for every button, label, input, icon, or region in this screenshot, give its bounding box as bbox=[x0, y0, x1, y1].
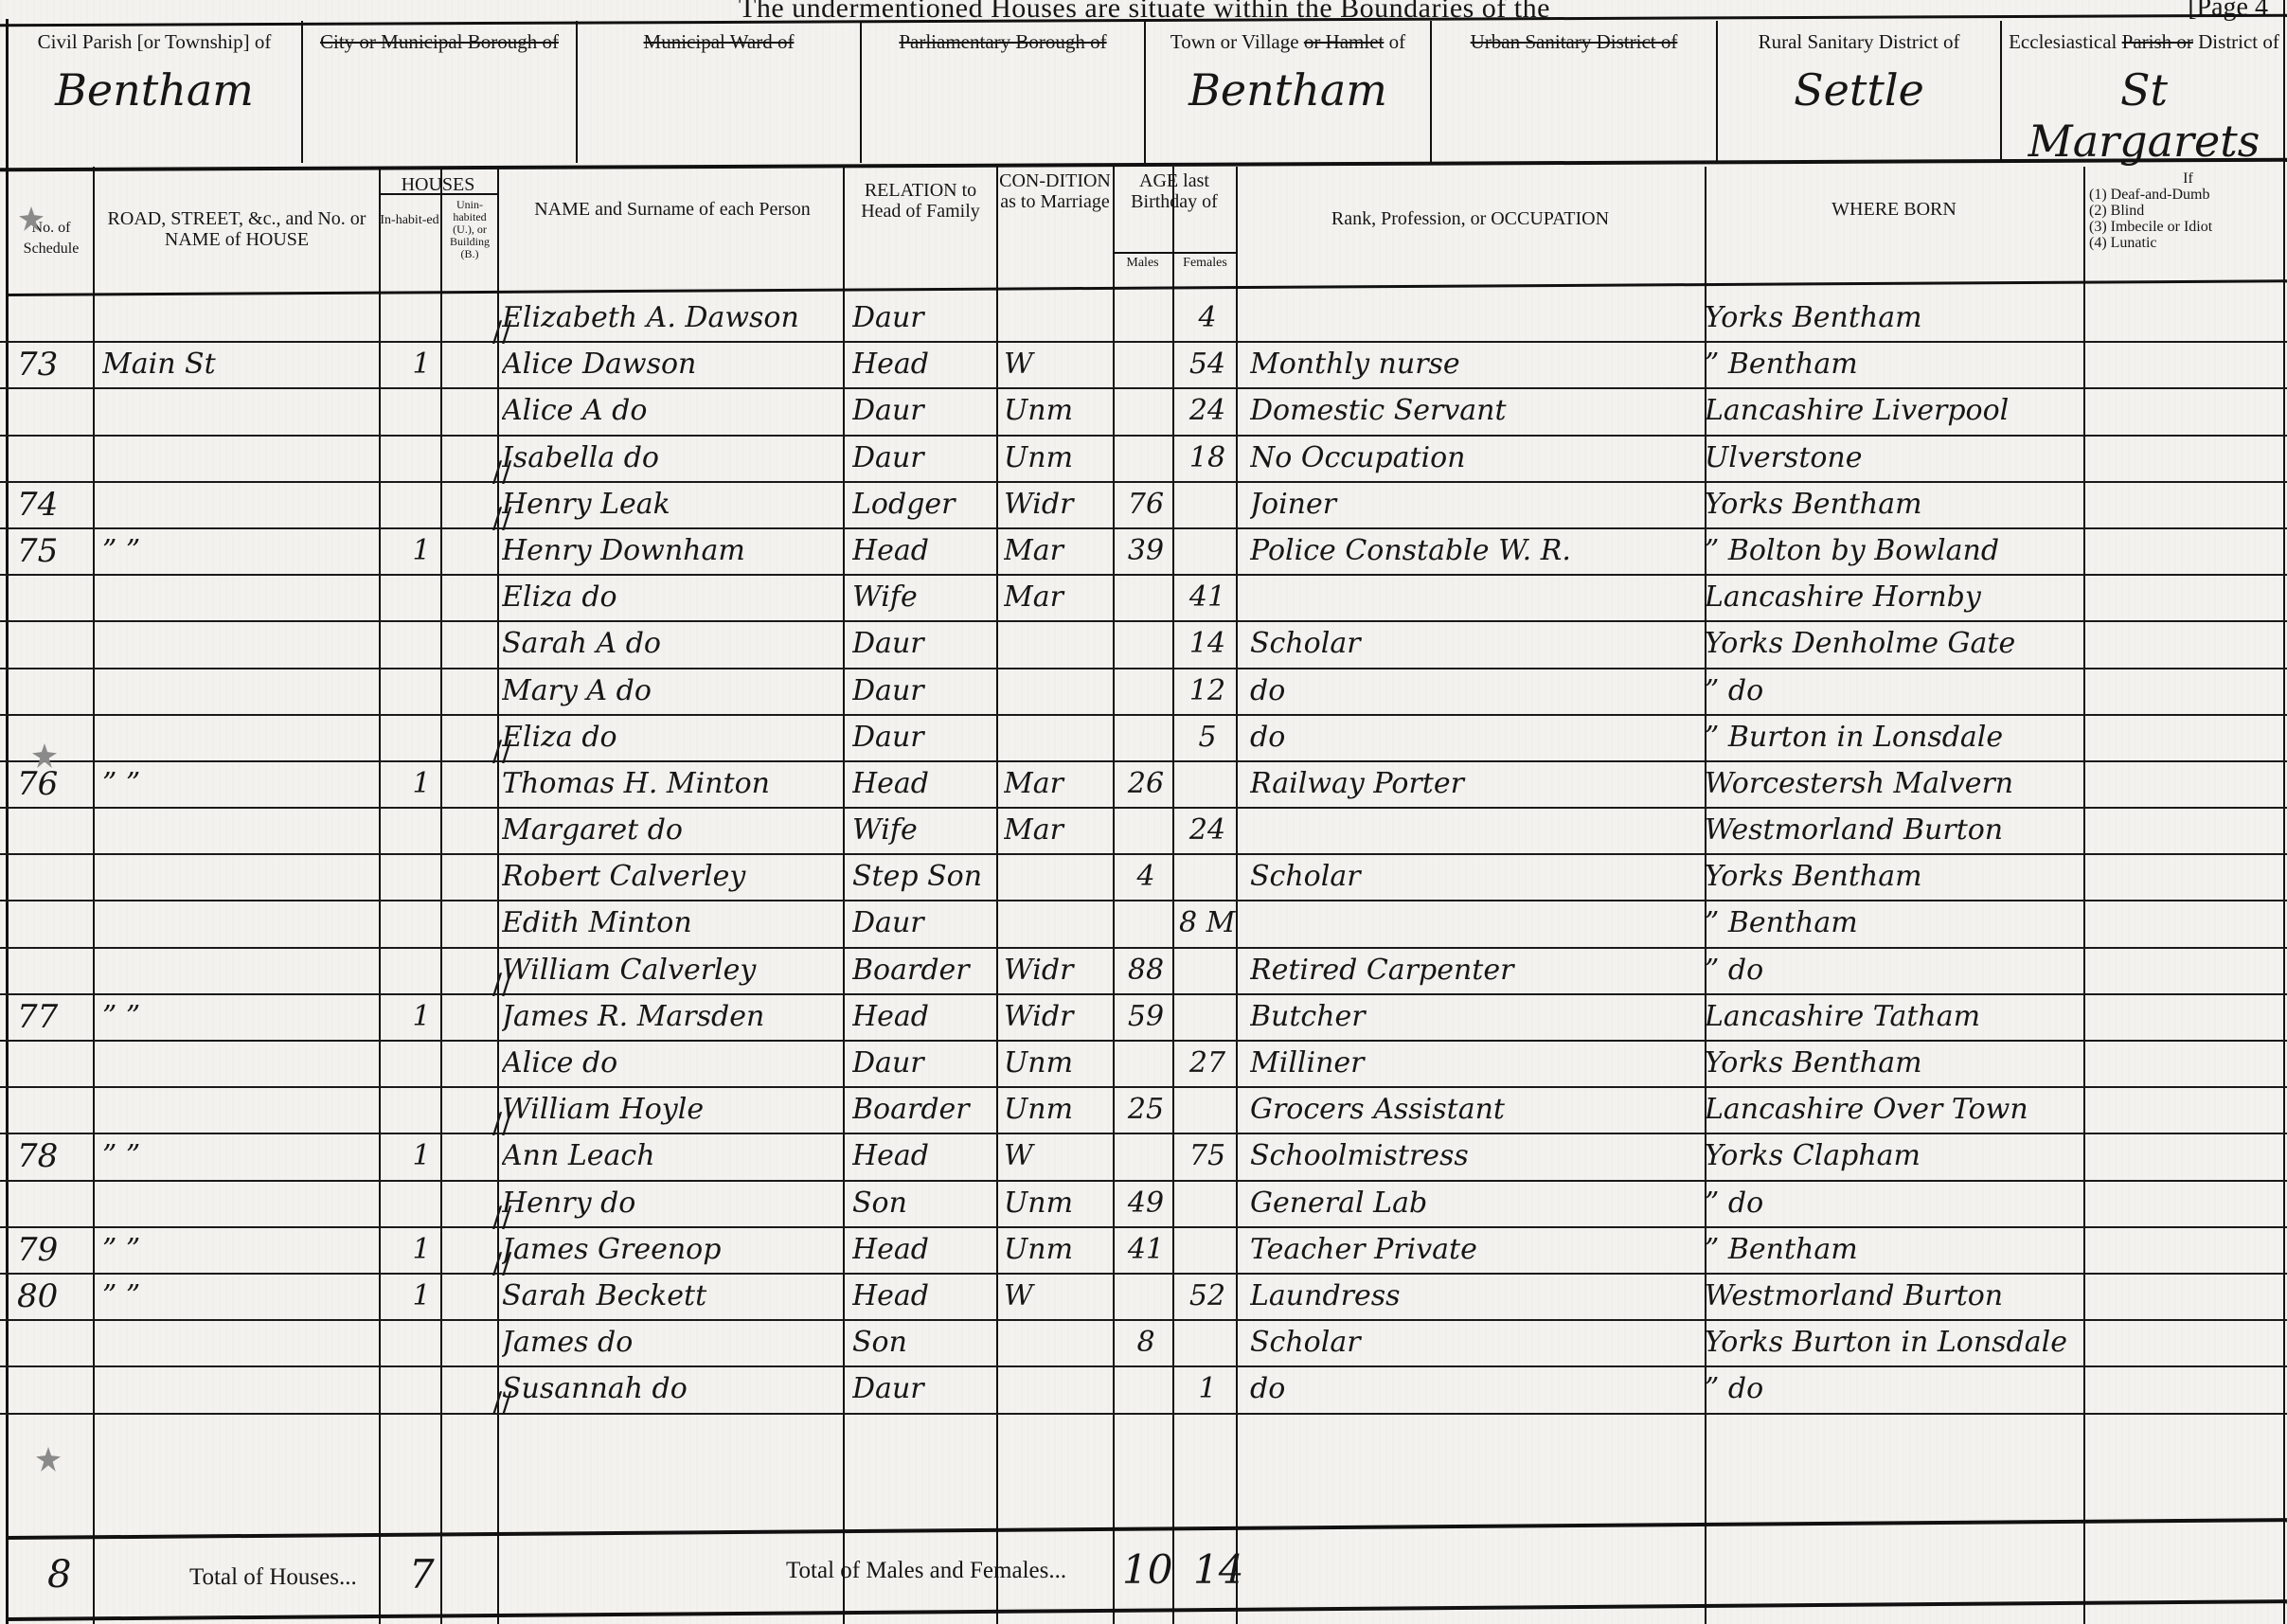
relation-to-head: Daur bbox=[852, 1042, 994, 1086]
total-males-value: 10 bbox=[1122, 1546, 1172, 1593]
female-age bbox=[1179, 995, 1236, 1040]
occupation: No Occupation bbox=[1250, 437, 1695, 481]
male-age bbox=[1117, 669, 1174, 714]
town-village-value: Bentham bbox=[1146, 64, 1430, 116]
marital-condition: Unm bbox=[1004, 1228, 1117, 1273]
person-name: Isabella do bbox=[502, 437, 843, 481]
table-row: 78” ”1Ann LeachHeadW75SchoolmistressYork… bbox=[0, 1134, 2287, 1181]
where-born: Ulverstone bbox=[1705, 437, 2093, 481]
female-age: 1 bbox=[1179, 1367, 1236, 1412]
table-row: James doSon8ScholarYorks Burton in Lonsd… bbox=[0, 1321, 2287, 1367]
occupation: Retired Carpenter bbox=[1250, 949, 1695, 993]
where-born: Yorks Denholme Gate bbox=[1705, 622, 2093, 667]
marital-condition: Mar bbox=[1004, 529, 1117, 574]
occupation: Laundress bbox=[1250, 1275, 1695, 1319]
where-born: ” do bbox=[1705, 669, 2093, 714]
male-age bbox=[1117, 343, 1174, 387]
relation-to-head: Son bbox=[852, 1321, 994, 1365]
female-age: 5 bbox=[1179, 716, 1236, 760]
table-row: Elizabeth A. DawsonDaur4Yorks Bentham// bbox=[0, 296, 2287, 343]
female-age: 8 Mo bbox=[1179, 901, 1236, 946]
col-header-name: NAME and Surname of each Person bbox=[502, 170, 843, 294]
male-age bbox=[1117, 1042, 1174, 1086]
marital-condition: Unm bbox=[1004, 1182, 1117, 1226]
male-age bbox=[1117, 809, 1174, 853]
schedule-number: 78 bbox=[17, 1134, 83, 1179]
marital-condition: W bbox=[1004, 1134, 1117, 1179]
household-separator-mark: // bbox=[492, 1386, 511, 1419]
schedule-number bbox=[17, 1367, 83, 1412]
table-row: Eliza doDaur5do” Burton in Lonsdale// bbox=[0, 716, 2287, 762]
marital-condition: W bbox=[1004, 343, 1117, 387]
female-age bbox=[1179, 1321, 1236, 1365]
occupation: Schoolmistress bbox=[1250, 1134, 1695, 1179]
inhabited-count bbox=[398, 949, 445, 993]
person-name: Sarah Beckett bbox=[502, 1275, 843, 1319]
road-street bbox=[102, 1042, 377, 1086]
female-age: 4 bbox=[1179, 296, 1236, 341]
male-age: 41 bbox=[1117, 1228, 1174, 1273]
relation-to-head: Daur bbox=[852, 716, 994, 760]
inhabited-count bbox=[398, 1042, 445, 1086]
where-born: Yorks Burton in Lonsdale bbox=[1705, 1321, 2093, 1365]
header-urban-sanitary: Urban Sanitary District of bbox=[1432, 21, 1718, 163]
road-street bbox=[102, 622, 377, 667]
table-row: Alice doDaurUnm27MillinerYorks Bentham bbox=[0, 1042, 2287, 1088]
col-header-uninhabited: Unin-habited (U.), or Building (B.) bbox=[442, 199, 497, 289]
col-header-inhabited: In-habit-ed bbox=[379, 204, 440, 289]
relation-to-head: Daur bbox=[852, 437, 994, 481]
female-age: 24 bbox=[1179, 389, 1236, 434]
inhabited-count bbox=[398, 1321, 445, 1365]
male-age: 26 bbox=[1117, 762, 1174, 807]
occupation: Butcher bbox=[1250, 995, 1695, 1040]
schedule-number: 76 bbox=[17, 762, 83, 807]
marital-condition: Unm bbox=[1004, 389, 1117, 434]
col-header-where-born: WHERE BORN bbox=[1705, 170, 2083, 294]
total-persons-label: Total of Males and Females... bbox=[786, 1558, 1066, 1584]
person-name: James R. Marsden bbox=[502, 995, 843, 1040]
table-row: Mary A doDaur12do” do bbox=[0, 669, 2287, 716]
header-municipal-borough: City or Municipal Borough of bbox=[303, 21, 578, 163]
schedule-number bbox=[17, 1182, 83, 1226]
marital-condition: Mar bbox=[1004, 576, 1117, 620]
relation-to-head: Wife bbox=[852, 576, 994, 620]
person-name: Ann Leach bbox=[502, 1134, 843, 1179]
where-born: Westmorland Burton bbox=[1705, 1275, 2093, 1319]
where-born: Yorks Bentham bbox=[1705, 296, 2093, 341]
occupation: do bbox=[1250, 716, 1695, 760]
male-age bbox=[1117, 716, 1174, 760]
female-age: 18 bbox=[1179, 437, 1236, 481]
col-header-schedule: No. of Schedule bbox=[9, 170, 93, 294]
schedule-number: 79 bbox=[17, 1228, 83, 1273]
schedules-count: 8 bbox=[47, 1553, 71, 1597]
footer-rule-top bbox=[8, 1518, 2287, 1540]
occupation bbox=[1250, 809, 1695, 853]
where-born: Yorks Clapham bbox=[1705, 1134, 2093, 1179]
table-row: William CalverleyBoarderWidr88Retired Ca… bbox=[0, 949, 2287, 995]
table-row: Sarah A doDaur14ScholarYorks Denholme Ga… bbox=[0, 622, 2287, 669]
occupation: Milliner bbox=[1250, 1042, 1695, 1086]
col-header-relation: RELATION to Head of Family bbox=[845, 170, 996, 294]
person-name: Henry do bbox=[502, 1182, 843, 1226]
road-street bbox=[102, 1182, 377, 1226]
where-born: ” do bbox=[1705, 1367, 2093, 1412]
where-born: ” Bentham bbox=[1705, 1228, 2093, 1273]
inhabited-count bbox=[398, 576, 445, 620]
female-age bbox=[1179, 1182, 1236, 1226]
header-municipal-ward: Municipal Ward of bbox=[578, 21, 862, 163]
occupation: General Lab bbox=[1250, 1182, 1695, 1226]
col-header-houses: HOUSES bbox=[379, 170, 497, 195]
occupation bbox=[1250, 576, 1695, 620]
person-name: James Greenop bbox=[502, 1228, 843, 1273]
person-name: Susannah do bbox=[502, 1367, 843, 1412]
inhabited-count bbox=[398, 389, 445, 434]
female-age bbox=[1179, 762, 1236, 807]
road-street bbox=[102, 1367, 377, 1412]
male-age: 88 bbox=[1117, 949, 1174, 993]
occupation: Monthly nurse bbox=[1250, 343, 1695, 387]
where-born: ” Bentham bbox=[1705, 343, 2093, 387]
marital-condition bbox=[1004, 901, 1117, 946]
where-born: Lancashire Liverpool bbox=[1705, 389, 2093, 434]
table-row: Eliza doWifeMar41Lancashire Hornby bbox=[0, 576, 2287, 622]
table-row: 77” ”1James R. MarsdenHeadWidr59ButcherL… bbox=[0, 995, 2287, 1042]
relation-to-head: Head bbox=[852, 343, 994, 387]
male-age bbox=[1117, 576, 1174, 620]
table-row: 79” ”1James GreenopHeadUnm41Teacher Priv… bbox=[0, 1228, 2287, 1275]
road-street bbox=[102, 1321, 377, 1365]
female-age bbox=[1179, 1228, 1236, 1273]
male-age bbox=[1117, 1134, 1174, 1179]
inhabited-count: 1 bbox=[398, 1134, 445, 1179]
female-age bbox=[1179, 483, 1236, 527]
marital-condition bbox=[1004, 716, 1117, 760]
relation-to-head: Head bbox=[852, 1134, 994, 1179]
relation-to-head: Daur bbox=[852, 901, 994, 946]
schedule-number bbox=[17, 1321, 83, 1365]
total-females-value: 14 bbox=[1193, 1546, 1243, 1593]
table-row: Susannah doDaur1do” do// bbox=[0, 1367, 2287, 1414]
where-born: Lancashire Hornby bbox=[1705, 576, 2093, 620]
relation-to-head: Head bbox=[852, 529, 994, 574]
occupation: Teacher Private bbox=[1250, 1228, 1695, 1273]
person-name: Alice A do bbox=[502, 389, 843, 434]
footer-rule-bottom bbox=[8, 1599, 2287, 1621]
schedule-number: 80 bbox=[17, 1275, 83, 1319]
male-age bbox=[1117, 437, 1174, 481]
relation-to-head: Daur bbox=[852, 622, 994, 667]
relation-to-head: Daur bbox=[852, 1367, 994, 1412]
table-row: Robert CalverleyStep Son4ScholarYorks Be… bbox=[0, 855, 2287, 901]
female-age bbox=[1179, 855, 1236, 900]
header-ecclesiastical: Ecclesiastical Parish or District of St … bbox=[2002, 21, 2286, 163]
marital-condition: Unm bbox=[1004, 1042, 1117, 1086]
ecclesiastical-value: St Margarets bbox=[2002, 64, 2286, 167]
header-civil-parish: Civil Parish [or Township] of Bentham bbox=[8, 21, 303, 163]
col-header-age: AGE last Birthday of bbox=[1113, 170, 1236, 254]
person-name: William Hoyle bbox=[502, 1088, 843, 1133]
male-age bbox=[1117, 1367, 1174, 1412]
rural-sanitary-value: Settle bbox=[1718, 64, 2000, 116]
where-born: ” do bbox=[1705, 949, 2093, 993]
road-street: ” ” bbox=[102, 529, 377, 574]
road-street: ” ” bbox=[102, 1228, 377, 1273]
where-born: Lancashire Tatham bbox=[1705, 995, 2093, 1040]
relation-to-head: Daur bbox=[852, 669, 994, 714]
inhabited-count bbox=[398, 669, 445, 714]
male-age bbox=[1117, 296, 1174, 341]
relation-to-head: Head bbox=[852, 762, 994, 807]
person-name: Alice do bbox=[502, 1042, 843, 1086]
person-name: Robert Calverley bbox=[502, 855, 843, 900]
person-name: Henry Leak bbox=[502, 483, 843, 527]
schedule-number bbox=[17, 1042, 83, 1086]
schedule-number: 73 bbox=[17, 343, 83, 387]
person-name: William Calverley bbox=[502, 949, 843, 993]
table-row: William HoyleBoarderUnm25Grocers Assista… bbox=[0, 1088, 2287, 1134]
male-age bbox=[1117, 901, 1174, 946]
where-born: Yorks Bentham bbox=[1705, 1042, 2093, 1086]
header-parliamentary-borough: Parliamentary Borough of bbox=[862, 21, 1146, 163]
relation-to-head: Son bbox=[852, 1182, 994, 1226]
schedule-number: 75 bbox=[17, 529, 83, 574]
table-row: Henry doSonUnm49General Lab” do// bbox=[0, 1182, 2287, 1228]
marital-condition bbox=[1004, 296, 1117, 341]
road-street bbox=[102, 901, 377, 946]
female-age: 14 bbox=[1179, 622, 1236, 667]
road-street bbox=[102, 296, 377, 341]
person-name: Mary A do bbox=[502, 669, 843, 714]
person-name: Eliza do bbox=[502, 716, 843, 760]
where-born: Yorks Bentham bbox=[1705, 855, 2093, 900]
road-street: ” ” bbox=[102, 1275, 377, 1319]
inhabited-count: 1 bbox=[398, 1275, 445, 1319]
census-page: The undermentioned Houses are situate wi… bbox=[0, 0, 2287, 1624]
census-entries: Elizabeth A. DawsonDaur4Yorks Bentham//7… bbox=[0, 296, 2287, 1415]
road-street bbox=[102, 809, 377, 853]
schedule-number: 77 bbox=[17, 995, 83, 1040]
page-number: [Page 4 bbox=[2188, 0, 2268, 23]
person-name: Elizabeth A. Dawson bbox=[502, 296, 843, 341]
relation-to-head: Lodger bbox=[852, 483, 994, 527]
person-name: Alice Dawson bbox=[502, 343, 843, 387]
header-rural-sanitary: Rural Sanitary District of Settle bbox=[1718, 21, 2002, 163]
relation-to-head: Step Son bbox=[852, 855, 994, 900]
road-street: ” ” bbox=[102, 995, 377, 1040]
schedule-number: 74 bbox=[17, 483, 83, 527]
male-age: 39 bbox=[1117, 529, 1174, 574]
inhabited-count: 1 bbox=[398, 995, 445, 1040]
male-age: 76 bbox=[1117, 483, 1174, 527]
female-age: 41 bbox=[1179, 576, 1236, 620]
relation-to-head: Daur bbox=[852, 389, 994, 434]
road-street bbox=[102, 949, 377, 993]
schedule-number bbox=[17, 389, 83, 434]
marital-condition: Widr bbox=[1004, 995, 1117, 1040]
occupation: Joiner bbox=[1250, 483, 1695, 527]
road-street: ” ” bbox=[102, 762, 377, 807]
occupation: Scholar bbox=[1250, 1321, 1695, 1365]
where-born: ” Bolton by Bowland bbox=[1705, 529, 2093, 574]
table-row: 76” ”1Thomas H. MintonHeadMar26Railway P… bbox=[0, 762, 2287, 809]
inhabited-count bbox=[398, 809, 445, 853]
schedule-number bbox=[17, 669, 83, 714]
female-age bbox=[1179, 949, 1236, 993]
marital-condition bbox=[1004, 1321, 1117, 1365]
female-age: 12 bbox=[1179, 669, 1236, 714]
female-age bbox=[1179, 1088, 1236, 1133]
road-street bbox=[102, 669, 377, 714]
where-born: Worcestersh Malvern bbox=[1705, 762, 2093, 807]
occupation: Domestic Servant bbox=[1250, 389, 1695, 434]
ink-blot bbox=[36, 1447, 61, 1472]
marital-condition: W bbox=[1004, 1275, 1117, 1319]
schedule-number bbox=[17, 949, 83, 993]
road-street bbox=[102, 437, 377, 481]
inhabited-count: 1 bbox=[398, 1228, 445, 1273]
col-header-road: ROAD, STREET, &c., and No. or NAME of HO… bbox=[95, 170, 379, 294]
inhabited-count bbox=[398, 1182, 445, 1226]
relation-to-head: Daur bbox=[852, 296, 994, 341]
col-header-males: Males bbox=[1113, 256, 1172, 284]
inhabited-count: 1 bbox=[398, 529, 445, 574]
road-street bbox=[102, 855, 377, 900]
marital-condition bbox=[1004, 669, 1117, 714]
marital-condition: Mar bbox=[1004, 809, 1117, 853]
male-age: 8 bbox=[1117, 1321, 1174, 1365]
female-age: 54 bbox=[1179, 343, 1236, 387]
schedule-number bbox=[17, 296, 83, 341]
table-row: Isabella doDaurUnm18No OccupationUlverst… bbox=[0, 437, 2287, 483]
relation-to-head: Wife bbox=[852, 809, 994, 853]
road-street bbox=[102, 576, 377, 620]
marital-condition: Widr bbox=[1004, 949, 1117, 993]
inhabited-count: 1 bbox=[398, 762, 445, 807]
relation-to-head: Boarder bbox=[852, 1088, 994, 1133]
marital-condition: Unm bbox=[1004, 437, 1117, 481]
schedule-number bbox=[17, 622, 83, 667]
occupation bbox=[1250, 901, 1695, 946]
road-street bbox=[102, 389, 377, 434]
female-age: 75 bbox=[1179, 1134, 1236, 1179]
marital-condition bbox=[1004, 1367, 1117, 1412]
road-street bbox=[102, 1088, 377, 1133]
schedule-number bbox=[17, 576, 83, 620]
inhabited-count bbox=[398, 622, 445, 667]
female-age bbox=[1179, 529, 1236, 574]
where-born: Westmorland Burton bbox=[1705, 809, 2093, 853]
occupation: do bbox=[1250, 669, 1695, 714]
total-houses-value: 7 bbox=[409, 1551, 435, 1597]
schedule-number bbox=[17, 437, 83, 481]
road-street: Main St bbox=[102, 343, 377, 387]
male-age: 49 bbox=[1117, 1182, 1174, 1226]
table-row: 80” ”1Sarah BeckettHeadW52LaundressWestm… bbox=[0, 1275, 2287, 1321]
col-header-occupation: Rank, Profession, or OCCUPATION bbox=[1236, 170, 1705, 294]
inhabited-count bbox=[398, 901, 445, 946]
road-street: ” ” bbox=[102, 1134, 377, 1179]
table-row: Alice A doDaurUnm24Domestic ServantLanca… bbox=[0, 389, 2287, 436]
where-born: Lancashire Over Town bbox=[1705, 1088, 2093, 1133]
occupation: Police Constable W. R. bbox=[1250, 529, 1695, 574]
road-street bbox=[102, 716, 377, 760]
person-name: Margaret do bbox=[502, 809, 843, 853]
marital-condition bbox=[1004, 622, 1117, 667]
inhabited-count bbox=[398, 1367, 445, 1412]
male-age: 25 bbox=[1117, 1088, 1174, 1133]
male-age: 59 bbox=[1117, 995, 1174, 1040]
schedule-number bbox=[17, 855, 83, 900]
header-town-village: Town or Village or Hamlet of Bentham bbox=[1146, 21, 1432, 163]
road-street bbox=[102, 483, 377, 527]
table-row: Margaret doWifeMar24Westmorland Burton bbox=[0, 809, 2287, 855]
person-name: Eliza do bbox=[502, 576, 843, 620]
inhabited-count bbox=[398, 483, 445, 527]
inhabited-count: 1 bbox=[398, 343, 445, 387]
civil-parish-value: Bentham bbox=[8, 64, 301, 116]
col-header-condition: CON-DITION as to Marriage bbox=[998, 170, 1112, 294]
col-header-infirmity: If (1) Deaf-and-Dumb (2) Blind (3) Imbec… bbox=[2083, 170, 2287, 294]
where-born: ” Burton in Lonsdale bbox=[1705, 716, 2093, 760]
person-name: Edith Minton bbox=[502, 901, 843, 946]
schedule-number bbox=[17, 901, 83, 946]
where-born: ” do bbox=[1705, 1182, 2093, 1226]
inhabited-count bbox=[398, 1088, 445, 1133]
where-born: Yorks Bentham bbox=[1705, 483, 2093, 527]
occupation: Scholar bbox=[1250, 622, 1695, 667]
female-age: 52 bbox=[1179, 1275, 1236, 1319]
marital-condition: Unm bbox=[1004, 1088, 1117, 1133]
table-row: 73Main St1Alice DawsonHeadW54Monthly nur… bbox=[0, 343, 2287, 389]
person-name: Henry Downham bbox=[502, 529, 843, 574]
person-name: Sarah A do bbox=[502, 622, 843, 667]
male-age bbox=[1117, 622, 1174, 667]
marital-condition: Widr bbox=[1004, 483, 1117, 527]
relation-to-head: Head bbox=[852, 1275, 994, 1319]
marital-condition: Mar bbox=[1004, 762, 1117, 807]
table-row: Edith MintonDaur8 Mo” Bentham bbox=[0, 901, 2287, 948]
person-name: Thomas H. Minton bbox=[502, 762, 843, 807]
relation-to-head: Boarder bbox=[852, 949, 994, 993]
male-age bbox=[1117, 1275, 1174, 1319]
inhabited-count bbox=[398, 855, 445, 900]
inhabited-count bbox=[398, 716, 445, 760]
where-born: ” Bentham bbox=[1705, 901, 2093, 946]
inhabited-count bbox=[398, 437, 445, 481]
schedule-number bbox=[17, 1088, 83, 1133]
occupation: Scholar bbox=[1250, 855, 1695, 900]
col-header-females: Females bbox=[1174, 256, 1236, 284]
occupation: Grocers Assistant bbox=[1250, 1088, 1695, 1133]
female-age: 24 bbox=[1179, 809, 1236, 853]
marital-condition bbox=[1004, 855, 1117, 900]
relation-to-head: Head bbox=[852, 1228, 994, 1273]
table-row: 74Henry LeakLodgerWidr76JoinerYorks Bent… bbox=[0, 483, 2287, 529]
occupation: do bbox=[1250, 1367, 1695, 1412]
schedule-number bbox=[17, 809, 83, 853]
inhabited-count bbox=[398, 296, 445, 341]
table-row: 75” ”1Henry DownhamHeadMar39Police Const… bbox=[0, 529, 2287, 576]
male-age bbox=[1117, 389, 1174, 434]
person-name: James do bbox=[502, 1321, 843, 1365]
female-age: 27 bbox=[1179, 1042, 1236, 1086]
relation-to-head: Head bbox=[852, 995, 994, 1040]
male-age: 4 bbox=[1117, 855, 1174, 900]
occupation bbox=[1250, 296, 1695, 341]
